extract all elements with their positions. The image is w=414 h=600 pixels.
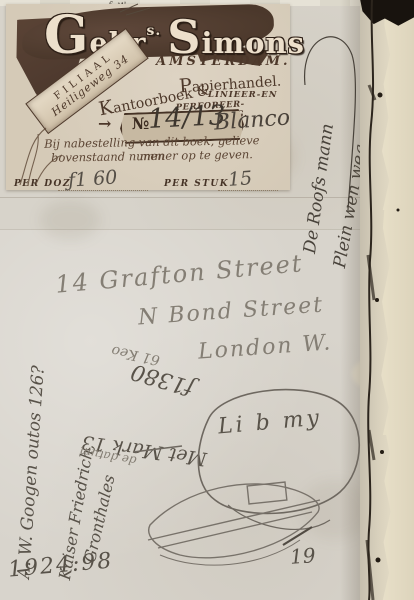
top-flourish-strokes bbox=[120, 4, 150, 15]
right-margin-flourish bbox=[305, 37, 356, 210]
torn-edge-flecks bbox=[375, 93, 400, 563]
diagonal-note-strike bbox=[133, 446, 182, 452]
scanned-notebook-cover: f. w. Gebrs.Simons AMSTERDAM. FILIAAL He… bbox=[0, 0, 414, 600]
label-plant-ornament bbox=[20, 128, 62, 186]
torn-edge-crack bbox=[367, 0, 375, 600]
scribble-circle bbox=[198, 390, 359, 514]
boat-sketch bbox=[148, 482, 320, 565]
pencil-sketch-overlay bbox=[0, 0, 414, 600]
